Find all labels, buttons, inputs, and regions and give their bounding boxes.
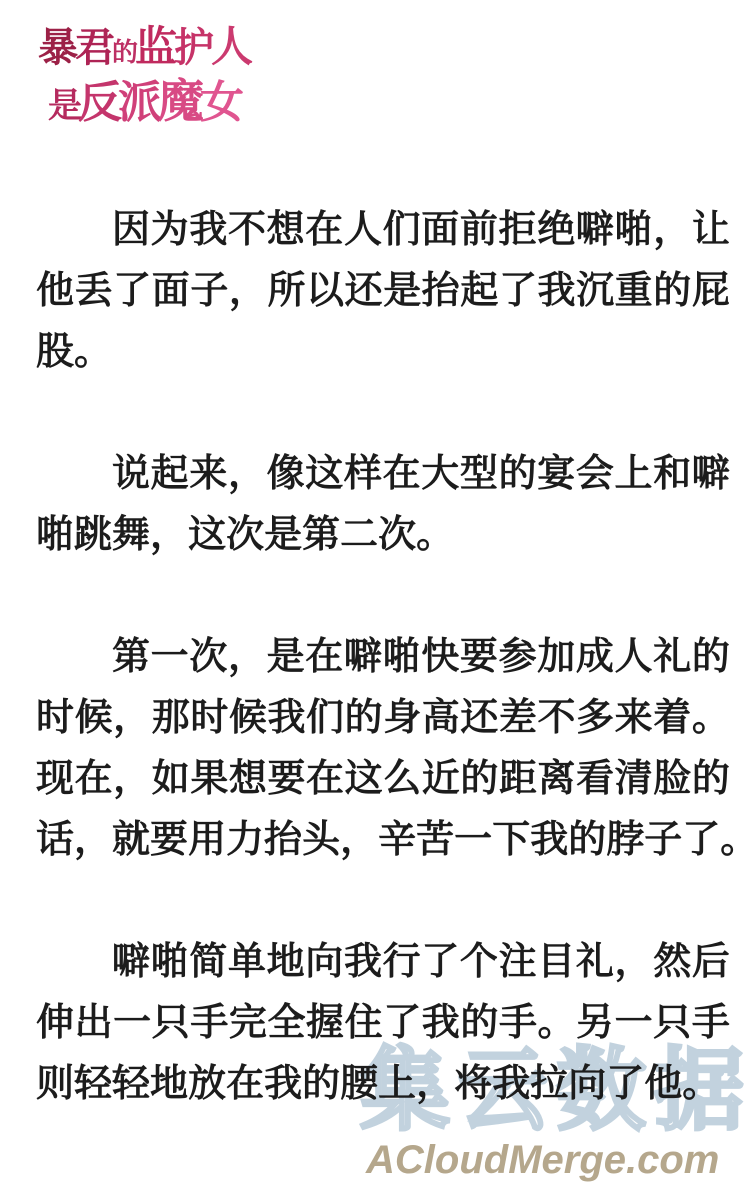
text-line: 他丢了面子，所以还是抬起了我沉重的屁: [36, 261, 730, 322]
text-line: 则轻轻地放在我的腰上，将我拉向了他。: [36, 1054, 730, 1115]
text-line: 因为我不想在人们面前拒绝噼啪，让: [36, 200, 730, 261]
text-line: 第一次，是在噼啪快要参加成人礼的: [36, 627, 730, 688]
story-text: 因为我不想在人们面前拒绝噼啪，让他丢了面子，所以还是抬起了我沉重的屁股。说起来，…: [36, 200, 730, 1115]
comic-text-page: 暴君的监护人 是反派魔女 因为我不想在人们面前拒绝噼啪，让他丢了面子，所以还是抬…: [0, 0, 754, 1192]
paragraph: 噼啪简单地向我行了个注目礼，然后伸出一只手完全握住了我的手。另一只手则轻轻地放在…: [36, 932, 730, 1115]
series-title-line-1: 暴君的监护人: [38, 24, 250, 72]
text-line: 话，就要用力抬头，辛苦一下我的脖子了。: [36, 810, 730, 871]
series-title-line-2: 是反派魔女: [48, 76, 250, 129]
text-line: 时候，那时候我们的身高还差不多来着。: [36, 688, 730, 749]
text-line: 现在，如果想要在这么近的距离看清脸的: [36, 749, 730, 810]
paragraph: 说起来，像这样在大型的宴会上和噼啪跳舞，这次是第二次。: [36, 444, 730, 566]
paragraph: 因为我不想在人们面前拒绝噼啪，让他丢了面子，所以还是抬起了我沉重的屁股。: [36, 200, 730, 383]
text-line: 啪跳舞，这次是第二次。: [36, 505, 730, 566]
text-line: 股。: [36, 322, 730, 383]
text-line: 伸出一只手完全握住了我的手。另一只手: [36, 993, 730, 1054]
series-title-logo: 暴君的监护人 是反派魔女: [38, 24, 250, 129]
watermark-site-url: ACloudMerge.com: [366, 1140, 719, 1180]
text-line: 说起来，像这样在大型的宴会上和噼: [36, 444, 730, 505]
paragraph: 第一次，是在噼啪快要参加成人礼的时候，那时候我们的身高还差不多来着。现在，如果想…: [36, 627, 730, 871]
text-line: 噼啪简单地向我行了个注目礼，然后: [36, 932, 730, 993]
